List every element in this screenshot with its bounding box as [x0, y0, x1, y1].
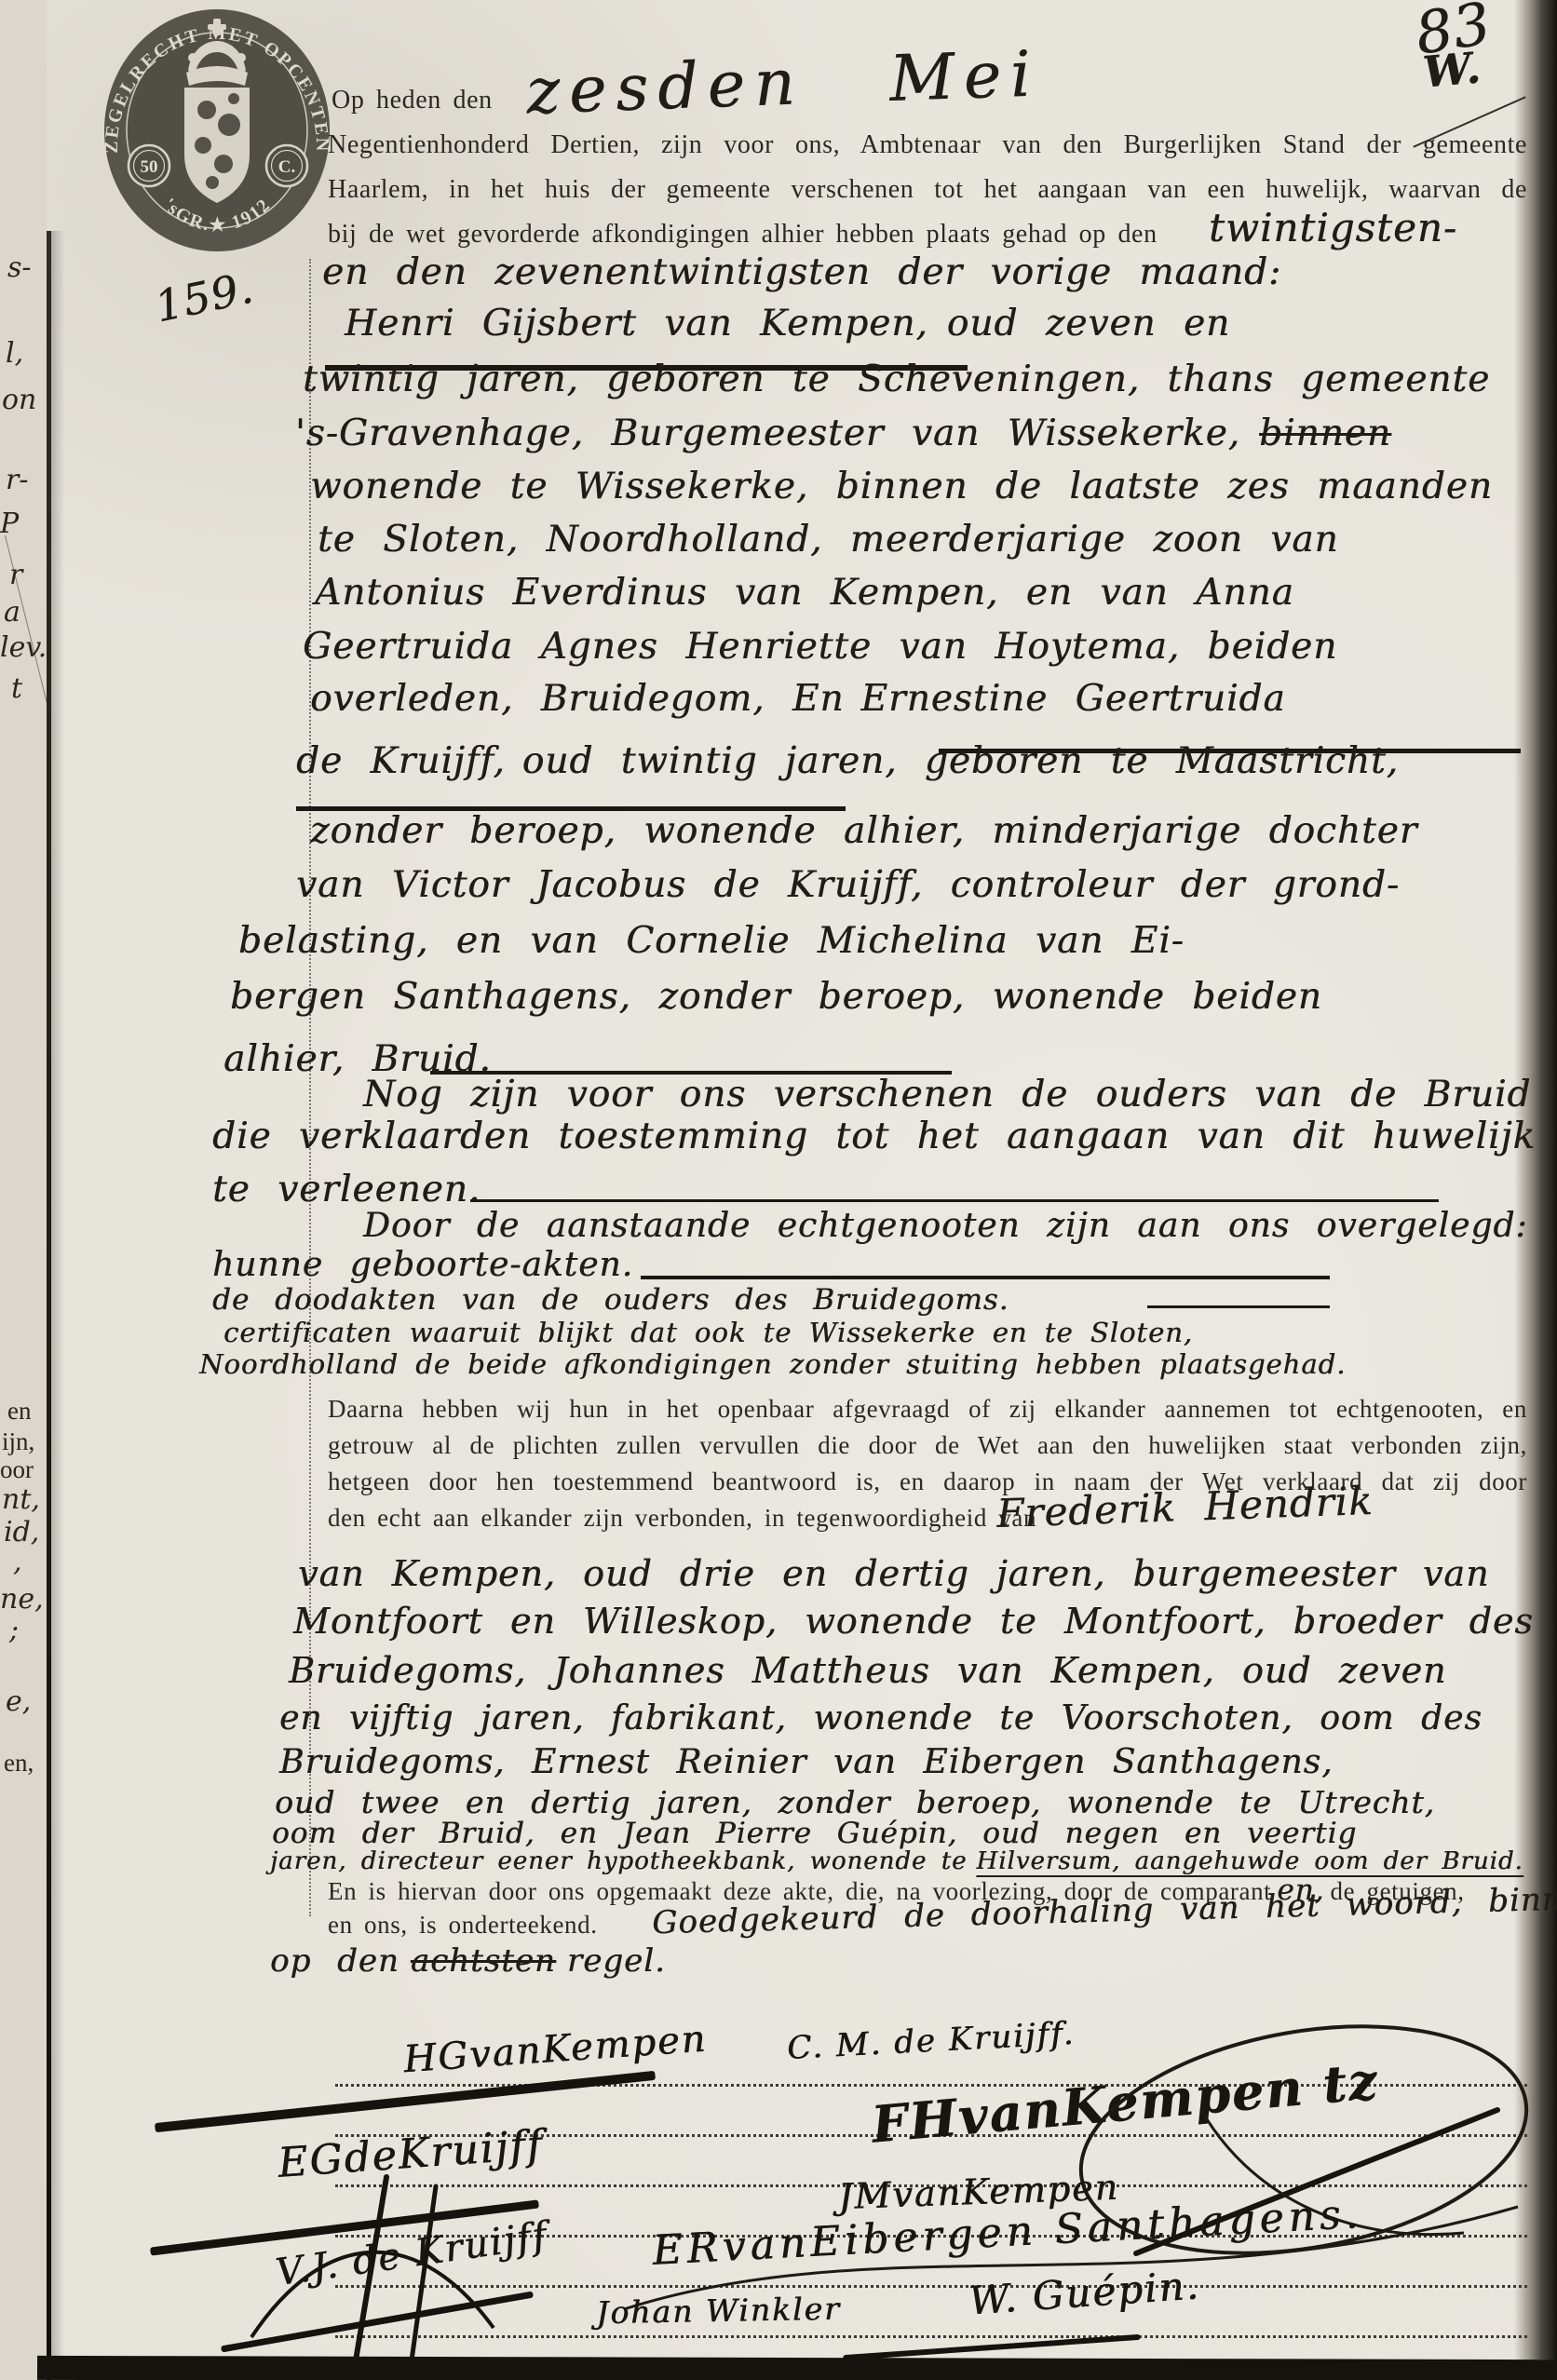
hand-line-5: en den zevenentwintigsten der vorige maa… — [322, 251, 1281, 293]
margin-fragment-12: oor — [0, 1455, 34, 1484]
witness-line-5: Bruidegoms, Ernest Reinier van Eibergen … — [279, 1743, 1334, 1781]
clerk-check-mark: W. — [1421, 42, 1483, 97]
printed-line-1: Op heden den — [332, 86, 493, 115]
margin-fragment-17: ; — [9, 1614, 19, 1646]
margin-fragment-6: r — [9, 559, 22, 591]
hand-line-13: overleden, Bruidegom, EnErnestine Geertr… — [310, 678, 1286, 720]
margin-fragment-15: , — [13, 1546, 22, 1578]
margin-fragment-14: id, — [4, 1516, 39, 1548]
margin-fragment-19: en, — [4, 1749, 34, 1778]
scanned-marriage-record-page: ZEGELRECHT MET OPCENTEN 'sGR.★ 1912 50 — [0, 0, 1557, 2380]
hand-line-22: te verleenen. — [212, 1169, 481, 1210]
signature-bride-mother: C. M. de Kruijff. — [786, 2015, 1076, 2067]
witness-line-6: oud twee en dertig jaren, zonder beroep,… — [275, 1784, 1435, 1820]
margin-fragment-2: l, — [6, 337, 23, 370]
handwritten-proclamation-day: twintigsten- — [1209, 205, 1457, 250]
svg-text:C.: C. — [278, 157, 295, 177]
bride-name-part1: Ernestine Geertruida — [861, 678, 1286, 720]
hand-line-27: Noordholland de beide afkondigingen zond… — [199, 1348, 1346, 1380]
fold-shadow — [51, 231, 64, 2380]
handwritten-date: zesden Mei — [525, 37, 1041, 128]
hand-line-18: bergen Santhagens, zonder beroep, wonend… — [230, 976, 1322, 1018]
hand-line-15: zonder beroep, wonende alhier, minderjar… — [310, 810, 1417, 852]
hand-line-14: de Kruijff,oud twintig jaren, geboren te… — [296, 740, 1399, 782]
struck-word-binnen: binnen — [1259, 412, 1391, 454]
closing-dash-4 — [1147, 1305, 1330, 1308]
printed-para-1: Daarna hebben wij hun in het openbaar af… — [328, 1395, 1527, 1424]
witness-line-2: Montfoort en Willeskop, wonende te Montf… — [293, 1601, 1534, 1642]
bride-name-part2: de Kruijff, — [296, 740, 506, 782]
margin-fragment-13: nt, — [2, 1483, 40, 1516]
closing-dash-3 — [641, 1276, 1330, 1279]
hand-line-11: Antonius Everdinus van Kempen, en van An… — [315, 572, 1294, 614]
margin-fragment-16: ne, — [0, 1583, 44, 1616]
witness-line-1: van Kempen, oud drie en dertig jaren, bu… — [298, 1553, 1489, 1594]
witness-line-3: Bruidegoms, Johannes Mattheus van Kempen… — [289, 1650, 1447, 1691]
printed-para-2: getrouw al de plichten zullen vervullen … — [328, 1431, 1527, 1460]
margin-fragment-3: on — [2, 384, 36, 416]
margin-fragment-10: en — [7, 1397, 31, 1426]
hand-line-14b: oud twintig jaren, geboren te Maastricht… — [522, 740, 1399, 782]
margin-fragment-8: lev. — [0, 631, 47, 664]
hand-line-20: Nog zijn voor ons verschenen de ouders v… — [363, 1074, 1531, 1116]
stamp-denomination-right: C. — [266, 145, 307, 186]
hand-line-21: die verklaarden toestemming tot het aang… — [212, 1116, 1536, 1157]
ink-stroke-4 — [843, 2334, 1141, 2360]
printed-para-4: den echt aan elkander zijn verbonden, in… — [328, 1504, 1036, 1533]
margin-fragment-4: r- — [6, 464, 28, 496]
signature-groom: HGvanKempen — [402, 2018, 709, 2082]
approval2c: regel. — [567, 1942, 666, 1980]
hand-line-12: Geertruida Agnes Henriette van Hoytema, … — [303, 626, 1337, 668]
hand-line-10: te Sloten, Noordholland, meerderjarige z… — [318, 519, 1339, 561]
hand-line-9: wonende te Wissekerke, binnen de laatste… — [310, 466, 1493, 507]
groom-name: Henri Gijsbert van Kempen, — [345, 303, 928, 345]
margin-fragment-5: P — [0, 507, 19, 540]
printed-line-4: bij de wet gevorderde afkondigingen alhi… — [328, 220, 1158, 250]
witness-line-7: oom der Bruid, en Jean Pierre Guépin, ou… — [272, 1817, 1357, 1850]
closing-dash-2 — [470, 1199, 1439, 1202]
approval2a: op den — [270, 1942, 399, 1980]
hand-line-17: belasting, en van Cornelie Michelina van… — [238, 920, 1185, 962]
act-number: 159. — [151, 263, 258, 332]
printed-closing-2: en ons, is onderteekend. — [328, 1911, 598, 1940]
hand-line-23: Door de aanstaande echtgenooten zijn aan… — [363, 1207, 1528, 1245]
margin-fragment-9: t — [11, 672, 22, 705]
hand-line-8: 's-Gravenhage, Burgemeester van Wisseker… — [295, 412, 1391, 454]
hand-line-25: de doodakten van de ouders des Bruidegom… — [212, 1283, 1009, 1317]
svg-text:50: 50 — [141, 157, 158, 177]
hand-line-16: van Victor Jacobus de Kruijff, controleu… — [296, 864, 1400, 906]
printed-line-3: Haarlem, in het huis der gemeente versch… — [328, 175, 1527, 205]
approval2b-struck: achtsten — [411, 1942, 556, 1980]
margin-fragment-1: s- — [7, 251, 32, 284]
witness-line-4: en vijftig jaren, fabrikant, wonende te … — [279, 1699, 1483, 1738]
margin-fragment-7: a — [4, 596, 20, 629]
signature-clerk: Johan Winkler — [596, 2291, 841, 2332]
hand-line-6: Henri Gijsbert van Kempen,oud zeven en — [345, 303, 1230, 345]
signature-father-flourish — [214, 2170, 661, 2380]
witness-line-8a: jaren, directeur eener hypotheekbank, wo… — [270, 1847, 967, 1875]
hand-line-7: twintig jaren, geboren te Scheveningen, … — [303, 358, 1490, 400]
witness-line-8: jaren, directeur eener hypotheekbank, wo… — [270, 1847, 1523, 1875]
hand-line-26: certificaten waaruit blijkt dat ook te W… — [223, 1317, 1193, 1348]
margin-fragment-11: ijn, — [2, 1427, 34, 1456]
margin-fragment-18: e, — [6, 1685, 31, 1718]
hand-line-13a: overleden, Bruidegom, En — [310, 678, 845, 720]
hand-line-6b: oud zeven en — [947, 303, 1230, 345]
witness-line-8b: Hilversum, aangehuwde oom der Bruid. — [976, 1847, 1523, 1875]
hand-approval-note-2: op denachtstenregel. — [270, 1942, 666, 1980]
hand-line-24: hunne geboorte-akten. — [212, 1246, 633, 1284]
printed-line-2: Negentienhonderd Dertien, zijn voor ons,… — [328, 130, 1527, 160]
stamp-denomination-left: 50 — [129, 145, 169, 186]
revenue-stamp: ZEGELRECHT MET OPCENTEN 'sGR.★ 1912 50 — [102, 6, 335, 255]
hand-line-8a: 's-Gravenhage, Burgemeester van Wisseker… — [295, 412, 1240, 454]
